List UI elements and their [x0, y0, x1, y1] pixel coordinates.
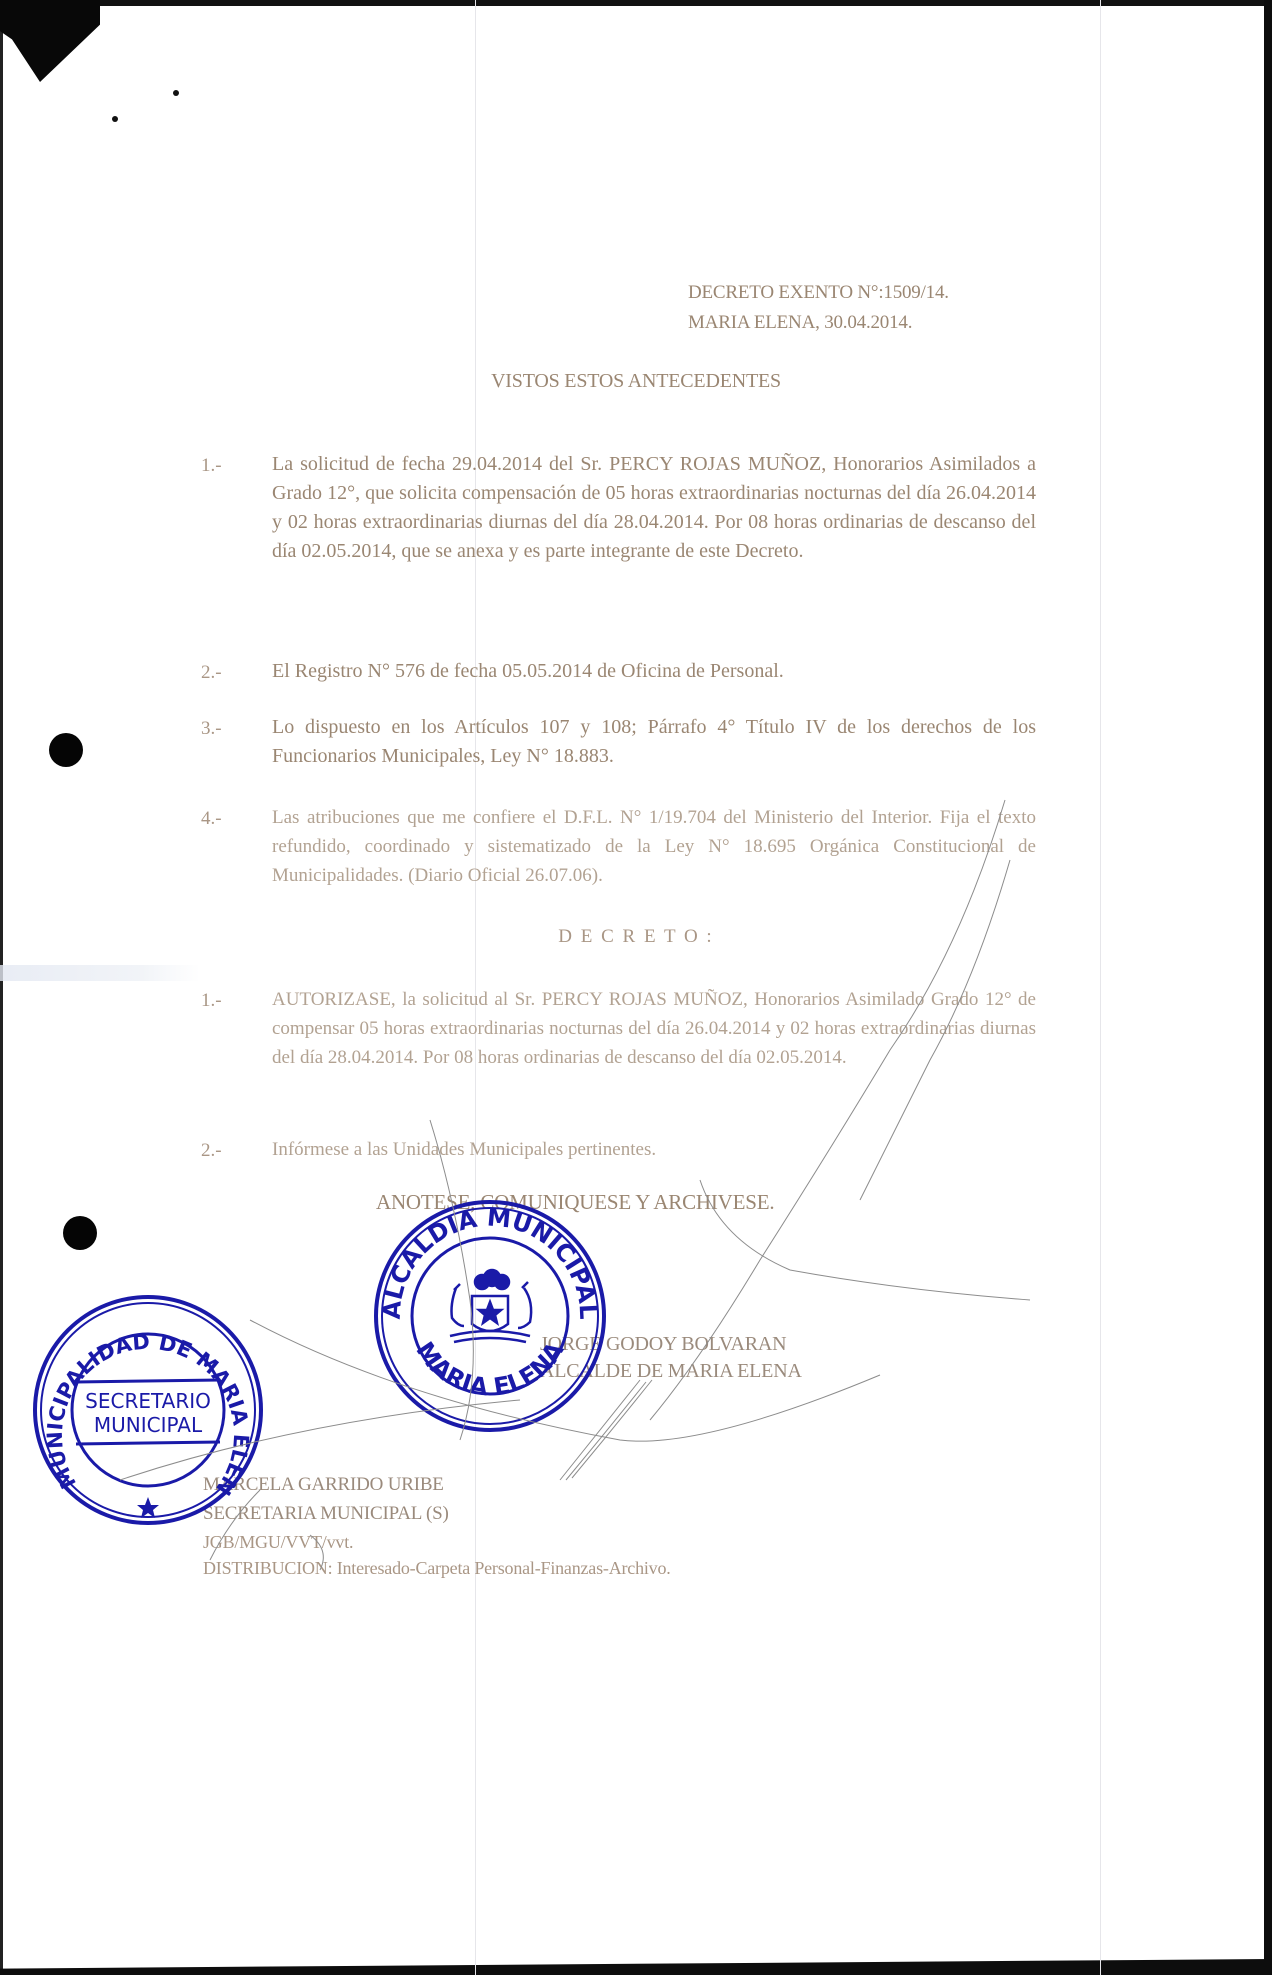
punch-hole: [49, 733, 83, 767]
decreto-item-text: Infórmese a las Unidades Municipales per…: [272, 1135, 1036, 1164]
alcaldia-municipal-stamp: ALCALDIA MUNICIPAL MARIA ELENA: [370, 1196, 610, 1436]
reference-initials: JGB/MGU/VVT/vvt.: [203, 1532, 353, 1553]
vistos-item-number: 1.-: [201, 455, 222, 477]
vistos-item-text: Lo dispuesto en los Artículos 107 y 108;…: [272, 713, 1036, 771]
vistos-item-text: Las atribuciones que me confiere el D.F.…: [272, 803, 1036, 890]
coat-of-arms-icon: [450, 1270, 531, 1342]
secretario-municipal-stamp: I. MUNICIPALIDAD DE MARIA ELENA SECRETAR…: [30, 1292, 266, 1528]
fold-line: [1100, 0, 1101, 1975]
stamp-bottom-text: MARIA ELENA: [410, 1337, 569, 1402]
scan-border-bottom: [0, 1959, 1272, 1975]
decreto-item-text: AUTORIZASE, la solicitud al Sr. PERCY RO…: [272, 985, 1036, 1072]
stamp-center-line1: SECRETARIO: [85, 1389, 211, 1413]
decreto-item-number: 1.-: [201, 990, 222, 1012]
ink-speck: [112, 116, 118, 122]
stamp-center-line2: MUNICIPAL: [94, 1413, 203, 1437]
punch-hole: [63, 1216, 97, 1250]
distribution-list: DISTRIBUCION: Interesado-Carpeta Persona…: [203, 1558, 671, 1579]
scan-border-left: [0, 0, 3, 1975]
vistos-item-text: El Registro N° 576 de fecha 05.05.2014 d…: [272, 657, 1036, 686]
svg-text:MARIA ELENA: MARIA ELENA: [410, 1337, 569, 1402]
vistos-title: VISTOS ESTOS ANTECEDENTES: [0, 370, 1272, 393]
vistos-item-number: 3.-: [201, 718, 222, 740]
decreto-item-number: 2.-: [201, 1140, 222, 1162]
vistos-item-number: 2.-: [201, 662, 222, 684]
star-icon: [137, 1497, 159, 1518]
ink-speck: [173, 90, 179, 96]
vistos-item-number: 4.-: [201, 808, 222, 830]
scan-border-right: [1264, 0, 1272, 1975]
torn-corner: [0, 0, 100, 82]
decree-place-date: MARIA ELENA, 30.04.2014.: [688, 312, 912, 334]
vistos-item-text: La solicitud de fecha 29.04.2014 del Sr.…: [272, 450, 1036, 566]
decree-number: DECRETO EXENTO N°:1509/14.: [688, 282, 949, 304]
decreto-title: D E C R E T O :: [0, 926, 1272, 948]
scan-border-top: [0, 0, 1272, 6]
scan-smudge: [0, 965, 200, 981]
